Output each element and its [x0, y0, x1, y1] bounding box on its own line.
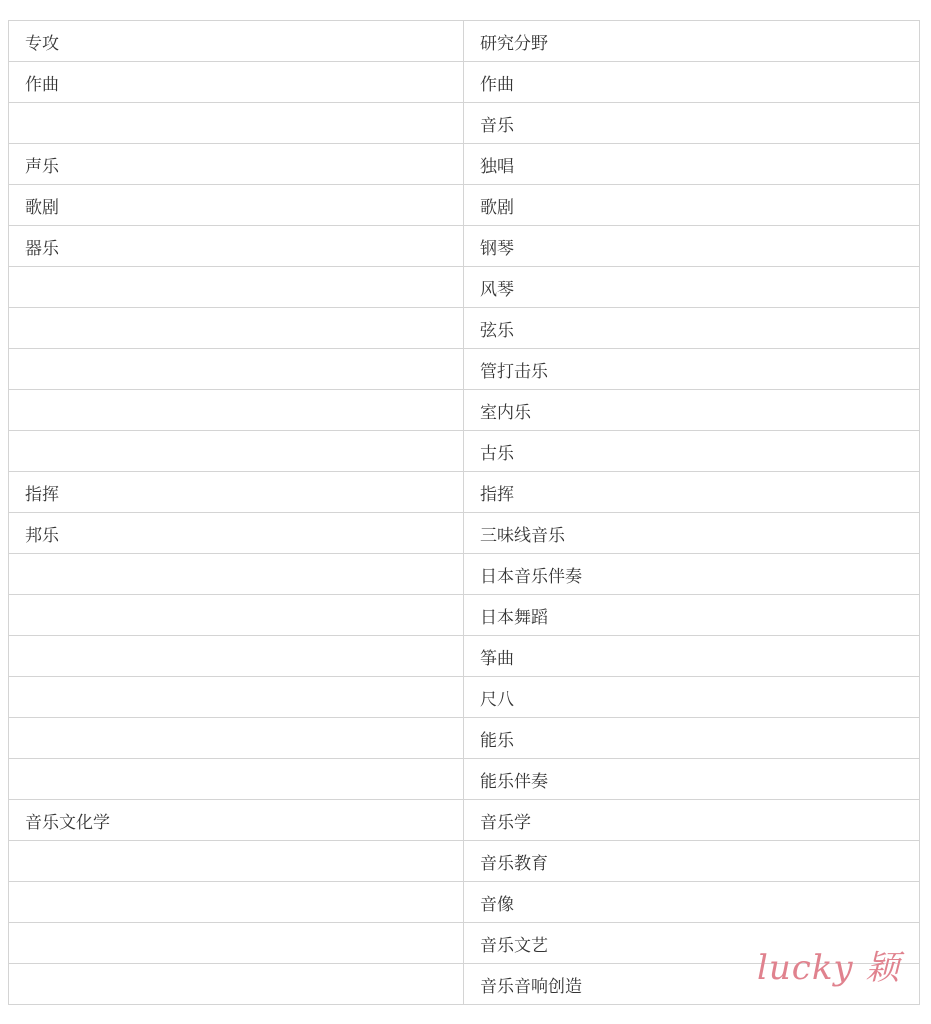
major-cell [9, 431, 464, 472]
research-field-cell: 能乐伴奏 [464, 759, 920, 800]
major-cell [9, 759, 464, 800]
table-row: 日本舞蹈 [9, 595, 920, 636]
research-field-cell: 音像 [464, 882, 920, 923]
research-field-cell: 指挥 [464, 472, 920, 513]
watermark: lucky 颖 [757, 940, 900, 989]
table-row: 歌剧歌剧 [9, 185, 920, 226]
header-major: 专攻 [9, 21, 464, 62]
table-row: 管打击乐 [9, 349, 920, 390]
table-row: 筝曲 [9, 636, 920, 677]
research-field-cell: 音乐学 [464, 800, 920, 841]
table-row: 室内乐 [9, 390, 920, 431]
table-row: 能乐伴奏 [9, 759, 920, 800]
major-cell [9, 349, 464, 390]
research-field-cell: 能乐 [464, 718, 920, 759]
research-field-cell: 弦乐 [464, 308, 920, 349]
table-row: 声乐独唱 [9, 144, 920, 185]
research-field-cell: 作曲 [464, 62, 920, 103]
major-cell: 作曲 [9, 62, 464, 103]
table-row: 风琴 [9, 267, 920, 308]
table-header-row: 专攻 研究分野 [9, 21, 920, 62]
major-cell [9, 964, 464, 1005]
table-row: 音乐教育 [9, 841, 920, 882]
table-row: 古乐 [9, 431, 920, 472]
table-row: 作曲作曲 [9, 62, 920, 103]
major-cell [9, 595, 464, 636]
research-field-cell: 室内乐 [464, 390, 920, 431]
research-field-cell: 三味线音乐 [464, 513, 920, 554]
research-field-cell: 尺八 [464, 677, 920, 718]
major-cell [9, 267, 464, 308]
major-cell: 邦乐 [9, 513, 464, 554]
major-cell: 音乐文化学 [9, 800, 464, 841]
header-research-field: 研究分野 [464, 21, 920, 62]
research-field-cell: 日本舞蹈 [464, 595, 920, 636]
research-field-cell: 风琴 [464, 267, 920, 308]
table-row: 指挥指挥 [9, 472, 920, 513]
table-row: 能乐 [9, 718, 920, 759]
major-cell: 指挥 [9, 472, 464, 513]
major-cell [9, 390, 464, 431]
research-field-cell: 歌剧 [464, 185, 920, 226]
major-cell [9, 923, 464, 964]
research-field-cell: 日本音乐伴奏 [464, 554, 920, 595]
major-cell [9, 677, 464, 718]
table-row: 音乐 [9, 103, 920, 144]
table-row: 器乐钢琴 [9, 226, 920, 267]
major-cell [9, 103, 464, 144]
major-cell [9, 718, 464, 759]
research-field-cell: 钢琴 [464, 226, 920, 267]
table-row: 尺八 [9, 677, 920, 718]
major-cell [9, 554, 464, 595]
table-row: 日本音乐伴奏 [9, 554, 920, 595]
major-cell: 器乐 [9, 226, 464, 267]
major-cell: 歌剧 [9, 185, 464, 226]
major-cell [9, 882, 464, 923]
research-field-cell: 管打击乐 [464, 349, 920, 390]
research-field-cell: 独唱 [464, 144, 920, 185]
table-row: 音像 [9, 882, 920, 923]
major-cell: 声乐 [9, 144, 464, 185]
table-row: 邦乐三味线音乐 [9, 513, 920, 554]
major-cell [9, 308, 464, 349]
table-row: 弦乐 [9, 308, 920, 349]
table-row: 音乐文化学音乐学 [9, 800, 920, 841]
major-cell [9, 841, 464, 882]
major-cell [9, 636, 464, 677]
research-field-cell: 筝曲 [464, 636, 920, 677]
research-field-cell: 古乐 [464, 431, 920, 472]
majors-table: 专攻 研究分野 作曲作曲音乐声乐独唱歌剧歌剧器乐钢琴风琴弦乐管打击乐室内乐古乐指… [8, 20, 920, 1005]
research-field-cell: 音乐教育 [464, 841, 920, 882]
research-field-cell: 音乐 [464, 103, 920, 144]
